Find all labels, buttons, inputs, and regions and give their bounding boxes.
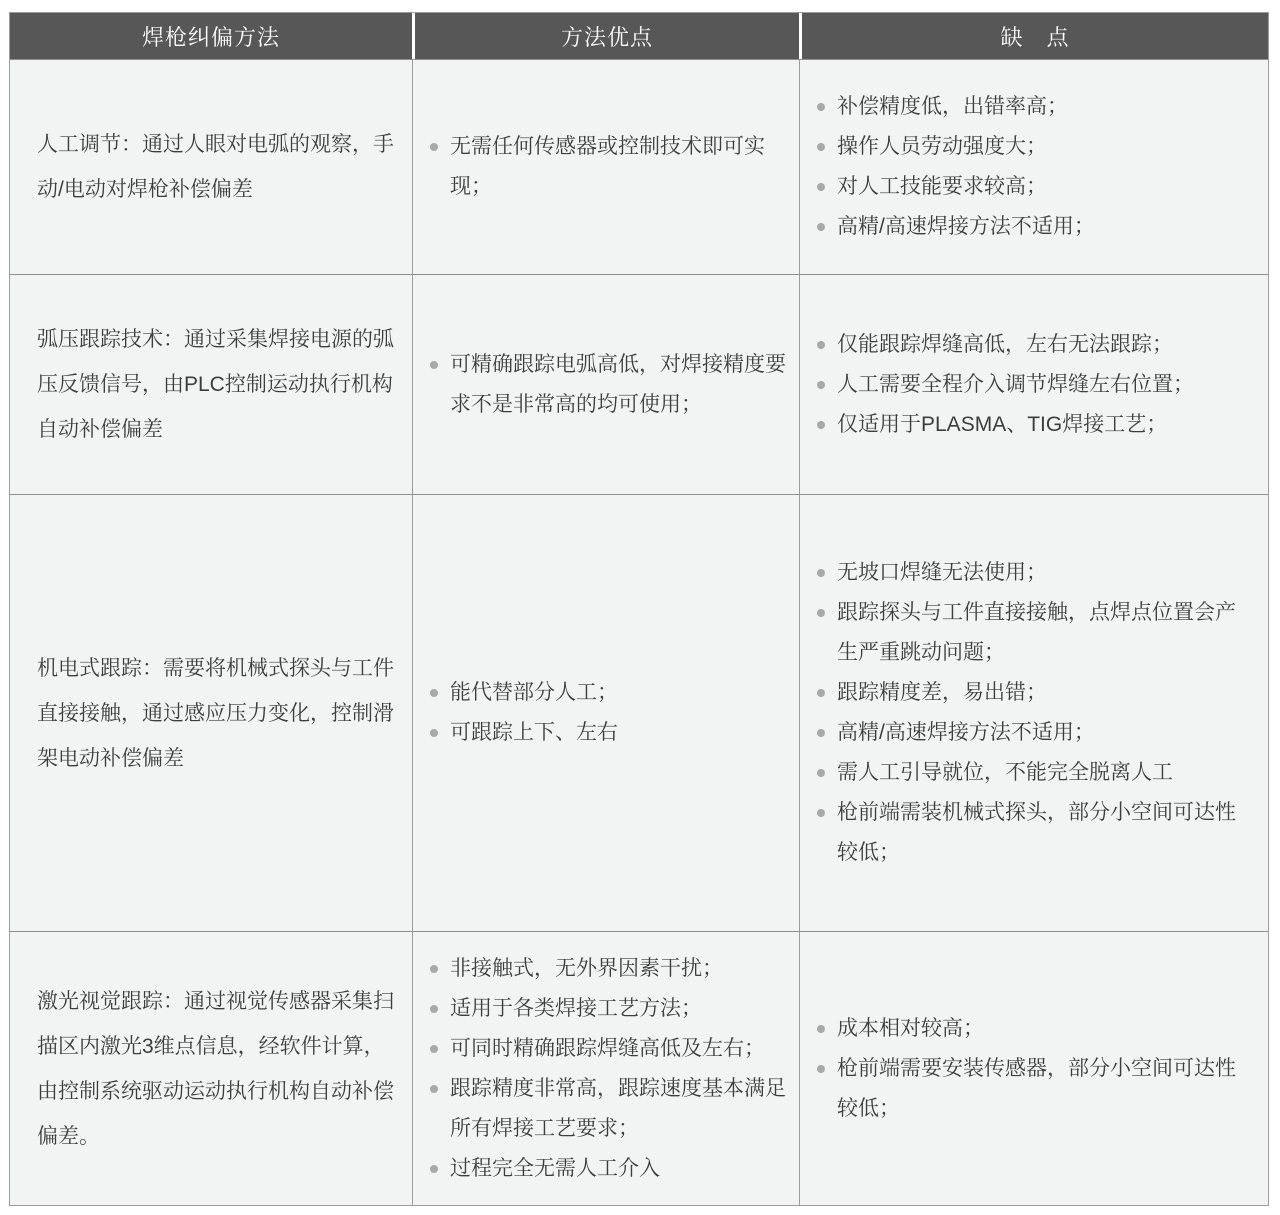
list-item: 过程完全无需人工介入 — [430, 1149, 787, 1189]
list-item: 高精/高速焊接方法不适用； — [817, 713, 1256, 753]
bullet-icon — [817, 1025, 825, 1033]
bullet-icon — [430, 729, 438, 737]
bullet-icon — [817, 769, 825, 777]
bullet-icon — [430, 143, 438, 151]
bullet-icon — [817, 381, 825, 389]
disadvantages-cell: 成本相对较高；枪前端需要安装传感器，部分小空间可达性较低； — [799, 932, 1268, 1205]
welding-correction-table: 焊枪纠偏方法 方法优点 缺 点 人工调节：通过人眼对电弧的观察，手动/电动对焊枪… — [9, 12, 1269, 1206]
method-cell: 人工调节：通过人眼对电弧的观察，手动/电动对焊枪补偿偏差 — [10, 60, 412, 274]
table-row-arc-voltage-tracking: 弧压跟踪技术：通过采集焊接电源的弧压反馈信号，由PLC控制运动执行机构自动补偿偏… — [10, 274, 1268, 494]
table-row-manual-adjust: 人工调节：通过人眼对电弧的观察，手动/电动对焊枪补偿偏差 无需任何传感器或控制技… — [10, 59, 1268, 274]
bullet-icon — [817, 729, 825, 737]
list-item: 操作人员劳动强度大； — [817, 127, 1256, 167]
advantages-cell: 非接触式，无外界因素干扰；适用于各类焊接工艺方法；可同时精确跟踪焊缝高低及左右；… — [412, 932, 799, 1205]
bullet-icon — [430, 1165, 438, 1173]
advantages-cell: 可精确跟踪电弧高低，对焊接精度要求不是非常高的均可使用； — [412, 275, 799, 494]
bullet-icon — [430, 1085, 438, 1093]
bullet-icon — [817, 689, 825, 697]
bullet-icon — [817, 341, 825, 349]
disadvantages-list: 仅能跟踪焊缝高低，左右无法跟踪；人工需要全程介入调节焊缝左右位置；仅适用于PLA… — [800, 325, 1268, 445]
list-item: 仅适用于PLASMA、TIG焊接工艺； — [817, 405, 1256, 445]
list-item: 仅能跟踪焊缝高低，左右无法跟踪； — [817, 325, 1256, 365]
advantages-list: 可精确跟踪电弧高低，对焊接精度要求不是非常高的均可使用； — [413, 345, 799, 425]
list-item: 跟踪探头与工件直接接触，点焊点位置会产生严重跳动问题； — [817, 593, 1256, 673]
advantages-list: 无需任何传感器或控制技术即可实现； — [413, 127, 799, 207]
bullet-icon — [430, 689, 438, 697]
method-cell: 弧压跟踪技术：通过采集焊接电源的弧压反馈信号，由PLC控制运动执行机构自动补偿偏… — [10, 275, 412, 494]
method-cell: 激光视觉跟踪：通过视觉传感器采集扫描区内激光3维点信息，经软件计算，由控制系统驱… — [10, 932, 412, 1205]
disadvantages-list: 成本相对较高；枪前端需要安装传感器，部分小空间可达性较低； — [800, 1009, 1268, 1129]
table-row-laser-vision-tracking: 激光视觉跟踪：通过视觉传感器采集扫描区内激光3维点信息，经软件计算，由控制系统驱… — [10, 931, 1268, 1205]
header-method: 焊枪纠偏方法 — [10, 13, 412, 59]
list-item: 可精确跟踪电弧高低，对焊接精度要求不是非常高的均可使用； — [430, 345, 787, 425]
method-text: 机电式跟踪：需要将机械式探头与工件直接接触，通过感应压力变化，控制滑架电动补偿偏… — [10, 646, 412, 781]
method-text: 人工调节：通过人眼对电弧的观察，手动/电动对焊枪补偿偏差 — [10, 122, 412, 212]
disadvantages-list: 无坡口焊缝无法使用；跟踪探头与工件直接接触，点焊点位置会产生严重跳动问题；跟踪精… — [800, 553, 1268, 873]
bullet-icon — [817, 183, 825, 191]
header-advantages: 方法优点 — [412, 13, 799, 59]
list-item: 枪前端需要安装传感器，部分小空间可达性较低； — [817, 1049, 1256, 1129]
bullet-icon — [817, 421, 825, 429]
list-item: 可跟踪上下、左右 — [430, 713, 787, 753]
list-item: 人工需要全程介入调节焊缝左右位置； — [817, 365, 1256, 405]
list-item: 无需任何传感器或控制技术即可实现； — [430, 127, 787, 207]
bullet-icon — [430, 1005, 438, 1013]
list-item: 高精/高速焊接方法不适用； — [817, 207, 1256, 247]
advantages-cell: 能代替部分人工；可跟踪上下、左右 — [412, 495, 799, 931]
bullet-icon — [817, 609, 825, 617]
list-item: 成本相对较高； — [817, 1009, 1256, 1049]
disadvantages-list: 补偿精度低，出错率高；操作人员劳动强度大；对人工技能要求较高；高精/高速焊接方法… — [800, 87, 1268, 247]
header-disadvantages: 缺 点 — [799, 13, 1268, 59]
list-item: 能代替部分人工； — [430, 673, 787, 713]
bullet-icon — [430, 361, 438, 369]
bullet-icon — [430, 965, 438, 973]
bullet-icon — [817, 569, 825, 577]
disadvantages-cell: 仅能跟踪焊缝高低，左右无法跟踪；人工需要全程介入调节焊缝左右位置；仅适用于PLA… — [799, 275, 1268, 494]
bullet-icon — [817, 1065, 825, 1073]
bullet-icon — [430, 1045, 438, 1053]
list-item: 枪前端需装机械式探头，部分小空间可达性较低； — [817, 793, 1256, 873]
list-item: 补偿精度低，出错率高； — [817, 87, 1256, 127]
advantages-cell: 无需任何传感器或控制技术即可实现； — [412, 60, 799, 274]
disadvantages-cell: 无坡口焊缝无法使用；跟踪探头与工件直接接触，点焊点位置会产生严重跳动问题；跟踪精… — [799, 495, 1268, 931]
list-item: 跟踪精度非常高，跟踪速度基本满足所有焊接工艺要求； — [430, 1069, 787, 1149]
advantages-list: 能代替部分人工；可跟踪上下、左右 — [413, 673, 799, 753]
list-item: 适用于各类焊接工艺方法； — [430, 989, 787, 1029]
list-item: 无坡口焊缝无法使用； — [817, 553, 1256, 593]
bullet-icon — [817, 223, 825, 231]
list-item: 非接触式，无外界因素干扰； — [430, 949, 787, 989]
bullet-icon — [817, 143, 825, 151]
list-item: 需人工引导就位，不能完全脱离人工 — [817, 753, 1256, 793]
bullet-icon — [817, 809, 825, 817]
list-item: 跟踪精度差，易出错； — [817, 673, 1256, 713]
list-item: 可同时精确跟踪焊缝高低及左右； — [430, 1029, 787, 1069]
method-cell: 机电式跟踪：需要将机械式探头与工件直接接触，通过感应压力变化，控制滑架电动补偿偏… — [10, 495, 412, 931]
bullet-icon — [817, 103, 825, 111]
disadvantages-cell: 补偿精度低，出错率高；操作人员劳动强度大；对人工技能要求较高；高精/高速焊接方法… — [799, 60, 1268, 274]
table-row-electromechanical-tracking: 机电式跟踪：需要将机械式探头与工件直接接触，通过感应压力变化，控制滑架电动补偿偏… — [10, 494, 1268, 931]
method-text: 弧压跟踪技术：通过采集焊接电源的弧压反馈信号，由PLC控制运动执行机构自动补偿偏… — [10, 317, 412, 452]
table-header-row: 焊枪纠偏方法 方法优点 缺 点 — [10, 13, 1268, 59]
list-item: 对人工技能要求较高； — [817, 167, 1256, 207]
advantages-list: 非接触式，无外界因素干扰；适用于各类焊接工艺方法；可同时精确跟踪焊缝高低及左右；… — [413, 949, 799, 1189]
method-text: 激光视觉跟踪：通过视觉传感器采集扫描区内激光3维点信息，经软件计算，由控制系统驱… — [10, 979, 412, 1159]
